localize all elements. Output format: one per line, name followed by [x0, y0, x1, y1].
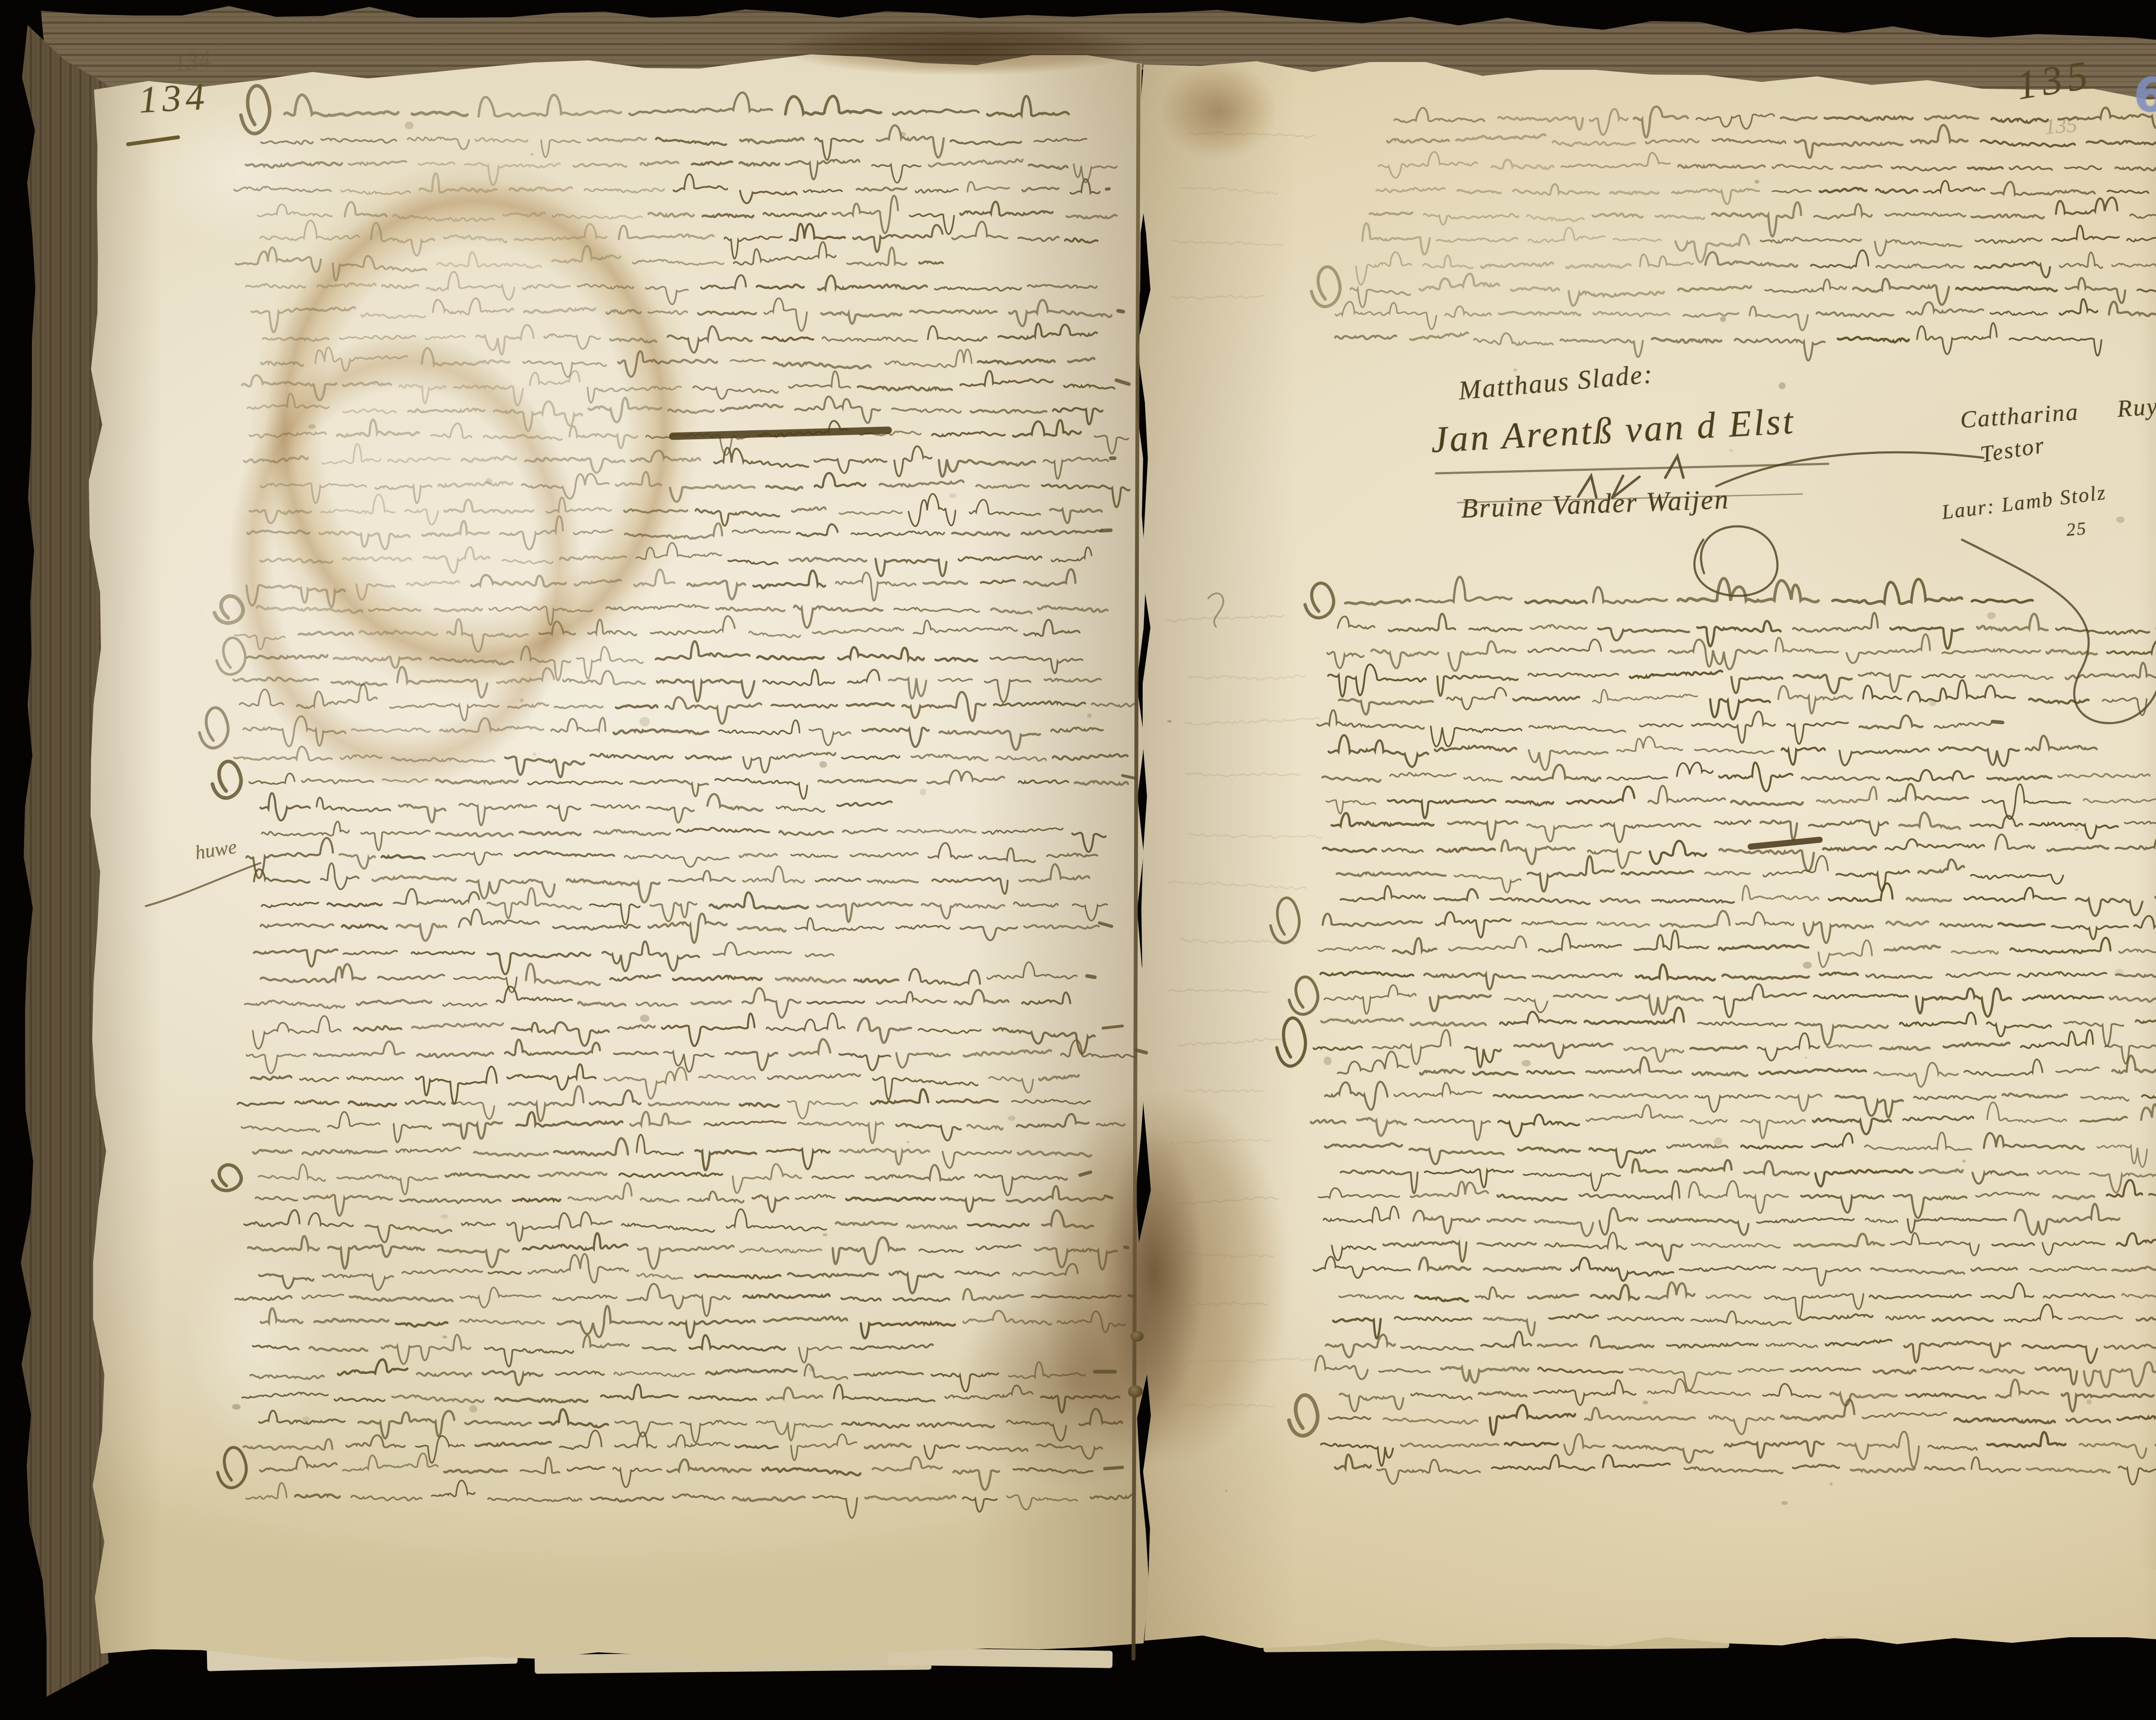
foxing-speck: [1324, 1057, 1332, 1065]
foxing-speck: [442, 1335, 447, 1338]
foxing-speck: [823, 1233, 827, 1236]
foxing-speck: [530, 153, 534, 156]
foxing-speck: [2075, 828, 2079, 831]
manuscript-book-photo: 134 134 huwe 135 135 68 Matthaus Slade: …: [0, 0, 2156, 1720]
page-number-135-ghost: 135: [2044, 112, 2078, 139]
foxing-speck: [1929, 699, 1936, 707]
foxing-speck: [809, 1366, 815, 1372]
foxing-speck: [1779, 382, 1786, 389]
foxing-speck: [1087, 713, 1092, 718]
foxing-speck: [949, 493, 957, 498]
foxing-speck: [2115, 969, 2124, 976]
foxing-speck: [405, 122, 414, 129]
foxing-speck: [486, 478, 492, 485]
foxing-speck: [1167, 720, 1171, 722]
foxing-speck: [1987, 612, 1995, 619]
sewing-knot: [1131, 1331, 1144, 1342]
foxing-speck: [1803, 962, 1812, 969]
foxing-speck: [920, 788, 926, 795]
foxing-speck: [520, 698, 523, 702]
signature-catharina: Cattharina: [1959, 398, 2080, 433]
foxing-speck: [2116, 516, 2125, 523]
foxing-speck: [1962, 1160, 1966, 1163]
notary-number-25: 25: [2065, 518, 2088, 541]
foxing-speck: [1737, 1266, 1739, 1267]
foxing-speck: [819, 761, 827, 768]
sewing-knot: [1128, 1385, 1143, 1398]
foxing-speck: [899, 132, 906, 137]
page-number-134: 134: [138, 75, 210, 122]
signature-ruytier: Ruytier: [2116, 390, 2156, 422]
foxing-speck: [640, 1015, 649, 1023]
foxing-speck: [2087, 1399, 2092, 1404]
archival-number-68-blue: 68: [2132, 66, 2156, 125]
foxing-speck: [232, 1404, 241, 1410]
foxing-speck: [639, 717, 650, 726]
foxing-speck: [1805, 1057, 1807, 1058]
foxing-speck: [302, 1417, 310, 1422]
foxing-speck: [1522, 1060, 1531, 1066]
foxing-speck: [441, 1214, 448, 1219]
page-number-134-ghost: 134: [172, 45, 213, 78]
